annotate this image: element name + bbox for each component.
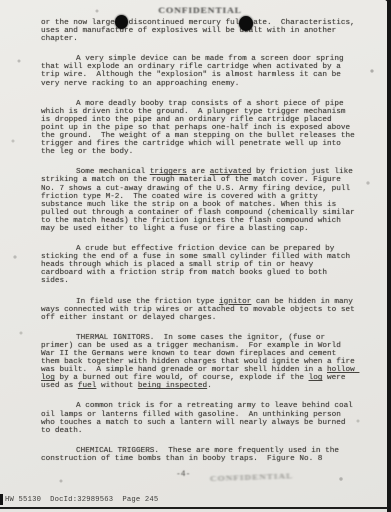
- scan-edge-corner: [376, 0, 391, 2]
- scan-edge-right: [387, 0, 391, 512]
- text-segment: THERMAL IGNITORS. In some cases the igni…: [41, 334, 359, 374]
- underlined-text: being inspected: [138, 382, 207, 390]
- scan-edge-left-mark: [0, 494, 3, 505]
- archive-record-line: HW 55130 DocId:32989563 Page 245: [5, 496, 158, 504]
- paragraph: A crude but effective friction device ca…: [41, 245, 359, 285]
- text-segment: A more deadly booby trap consists of a s…: [41, 100, 359, 157]
- text-segment: .: [207, 382, 212, 390]
- scan-noise-specks: [0, 0, 2, 2]
- text-segment: by friction just like striking a match o…: [41, 168, 359, 233]
- hole-punch-mark: [115, 15, 128, 29]
- page-number: -4-: [176, 470, 190, 479]
- scan-edge-bottom-rule: [0, 507, 388, 509]
- paragraph: CHEMICAL TRIGGERS. These are more freque…: [41, 447, 359, 463]
- paragraph: THERMAL IGNITORS. In some cases the igni…: [41, 334, 359, 391]
- hole-punch-mark: [239, 16, 253, 31]
- paragraph: A common trick is for a retreating army …: [41, 402, 359, 434]
- text-segment: In field use the friction type: [76, 298, 219, 306]
- document-body: or the now largely discontinued mercury …: [41, 19, 359, 475]
- paragraph: Some mechanical triggers are activated b…: [41, 168, 359, 233]
- paragraph: In field use the friction type ignitor c…: [41, 298, 359, 322]
- classification-stamp-top: CONFIDENTIAL: [148, 6, 252, 15]
- paragraph: or the now largely discontinued mercury …: [41, 19, 359, 43]
- text-segment: or the now largely discontinued mercury …: [41, 19, 359, 43]
- underlined-text: fuel: [78, 382, 96, 390]
- underlined-text: ignitor: [219, 298, 251, 306]
- underlined-text: log: [309, 374, 323, 382]
- text-segment: A very simple device can be made from a …: [41, 55, 348, 87]
- classification-stamp-bottom: CONFIDENTIAL: [210, 471, 293, 482]
- text-segment: without: [96, 382, 138, 390]
- paragraph: A very simple device can be made from a …: [41, 55, 359, 87]
- text-segment: CHEMICAL TRIGGERS. These are more freque…: [41, 447, 344, 463]
- text-segment: A crude but effective friction device ca…: [41, 245, 355, 285]
- text-segment: A common trick is for a retreating army …: [41, 402, 357, 434]
- paragraph: A more deadly booby trap consists of a s…: [41, 100, 359, 157]
- scanned-document-page: CONFIDENTIAL or the now largely disconti…: [0, 0, 391, 512]
